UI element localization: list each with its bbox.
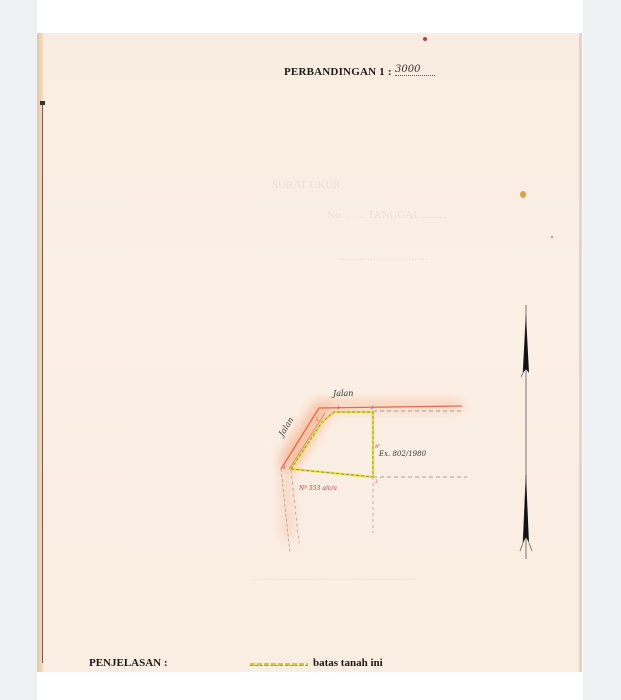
lower-annotation: Nº 553 a/c/a: [299, 485, 337, 492]
svg-text:1: 1: [337, 406, 340, 411]
legend-item-label: batas tanah ini: [313, 657, 383, 669]
road-label-top: Jalan: [333, 389, 353, 398]
north-arrow-icon: [515, 303, 537, 565]
parcel-map: 1 2 3 4 5 Nº: [37, 33, 582, 672]
parcel-annotation: Ex. 802/1980: [379, 450, 426, 458]
svg-text:3: 3: [375, 480, 378, 485]
legend-title: PENJELASAN :: [89, 657, 168, 669]
land-certificate-page: SURAT UKUR No. ....... TANGGAL .........…: [37, 33, 582, 672]
parcel-boundary-legend-icon: [250, 663, 308, 666]
